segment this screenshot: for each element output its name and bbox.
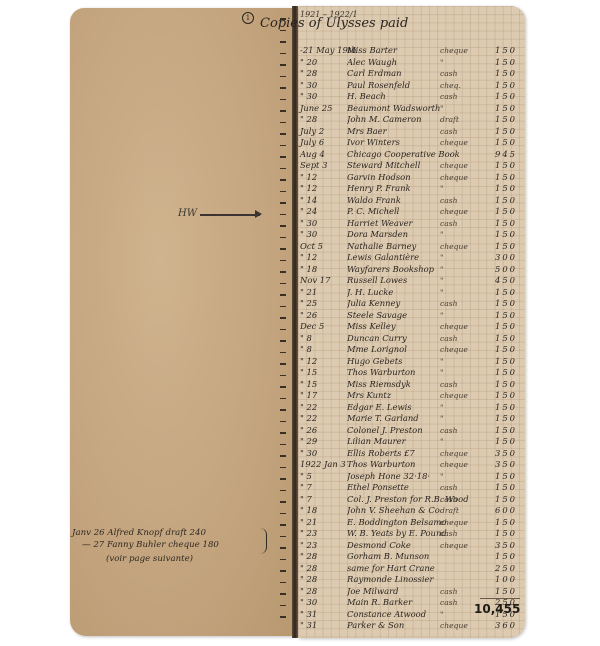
ledger-row: " 28John M. Camerondraft150 <box>300 114 520 126</box>
ledger-row: 1922 Jan 3Thos Warburtoncheque350 <box>300 459 520 471</box>
ledger-row: Dec 5Miss Kelleycheque150 <box>300 321 520 333</box>
total-rule <box>480 598 520 599</box>
left-note: — 27 Fanny Buhler cheque 180 <box>82 540 219 550</box>
entry-amount: 150 <box>485 321 517 333</box>
entry-method: " <box>440 252 480 264</box>
ledger-row: " 30Ellis Roberts £7cheque350 <box>300 448 520 460</box>
tick-mark <box>280 225 286 227</box>
hw-marker: HW <box>178 208 197 219</box>
entry-amount: 150 <box>485 287 517 299</box>
ledger-row: -21 May 19thMiss Bartercheque150 <box>300 45 520 57</box>
entry-amount: 350 <box>485 448 517 460</box>
entry-amount: 150 <box>485 160 517 172</box>
tick-mark <box>280 478 286 480</box>
ledger-row: " 22Edgar E. Lewis"150 <box>300 402 520 414</box>
entry-amount: 360 <box>485 620 517 632</box>
entry-date: " 7 <box>300 482 344 494</box>
entry-method: " <box>440 103 480 115</box>
entry-date: " 28 <box>300 551 344 563</box>
entry-date: " 23 <box>300 540 344 552</box>
entry-method: " <box>440 287 480 299</box>
entry-date: 1922 Jan 3 <box>300 459 344 471</box>
entry-method: cheque <box>440 620 480 632</box>
tick-mark <box>280 409 286 411</box>
tick-mark <box>280 87 286 89</box>
tick-mark <box>280 156 286 158</box>
ledger-row: " 21E. Boddington Belsamocheque150 <box>300 517 520 529</box>
entry-method: draft <box>440 505 480 517</box>
entry-amount: 150 <box>485 310 517 322</box>
ledger-row: " 28Gorham B. Munson150 <box>300 551 520 563</box>
ledger-total: 10,455 <box>474 602 520 616</box>
entry-amount: 150 <box>485 344 517 356</box>
ledger-row: " 26Colonel J. Prestoncash150 <box>300 425 520 437</box>
entry-date: " 12 <box>300 252 344 264</box>
entry-date: Nov 17 <box>300 275 344 287</box>
entry-date: " 28 <box>300 68 344 80</box>
ledger-row: " 30H. Beachcash150 <box>300 91 520 103</box>
entry-amount: 150 <box>485 551 517 563</box>
tick-mark <box>280 214 286 216</box>
entry-date: " 29 <box>300 436 344 448</box>
entry-method: cash <box>440 91 480 103</box>
entry-date: " 21 <box>300 287 344 299</box>
ledger-row: " 23W. B. Yeats by E. Poundcash150 <box>300 528 520 540</box>
tick-mark <box>280 110 286 112</box>
entry-method: cheque <box>440 459 480 471</box>
entry-amount: 150 <box>485 425 517 437</box>
entry-date: " 30 <box>300 80 344 92</box>
tick-mark <box>280 64 286 66</box>
tick-mark <box>280 570 286 572</box>
entry-method: cash <box>440 586 480 598</box>
entry-amount: 150 <box>485 183 517 195</box>
margin-ticks <box>280 18 290 618</box>
tick-mark <box>280 363 286 365</box>
entry-amount: 150 <box>485 379 517 391</box>
tick-mark <box>280 191 286 193</box>
entry-amount: 150 <box>485 356 517 368</box>
tick-mark <box>280 582 286 584</box>
entry-method: cash <box>440 528 480 540</box>
tick-mark <box>280 317 286 319</box>
ledger-row: " 7Ethel Ponsettecash150 <box>300 482 520 494</box>
entry-amount: 150 <box>485 390 517 402</box>
ledger-entries: -21 May 19thMiss Bartercheque150" 20Alec… <box>300 45 520 632</box>
entry-date: " 28 <box>300 586 344 598</box>
tick-mark <box>280 41 286 43</box>
entry-amount: 600 <box>485 505 517 517</box>
entry-method: " <box>440 356 480 368</box>
entry-date: " 17 <box>300 390 344 402</box>
tick-mark <box>280 340 286 342</box>
tick-mark <box>280 605 286 607</box>
tick-mark <box>280 179 286 181</box>
ledger-title: Copies of Ulysses paid <box>260 16 408 31</box>
ledger-row: Sept 3Steward Mitchellcheque150 <box>300 160 520 172</box>
entry-method: " <box>440 402 480 414</box>
ledger-row: " 22Marie T. Garland"150 <box>300 413 520 425</box>
ledger-row: " 28Joe Milwardcash150 <box>300 586 520 598</box>
entry-method: cash <box>440 68 480 80</box>
entry-method: cheque <box>440 160 480 172</box>
entry-method: " <box>440 436 480 448</box>
entry-amount: 150 <box>485 517 517 529</box>
entry-date: " 14 <box>300 195 344 207</box>
entry-date: Sept 3 <box>300 160 344 172</box>
entry-method: cash <box>440 333 480 345</box>
entry-method: cheque <box>440 172 480 184</box>
tick-mark <box>280 455 286 457</box>
ledger-row: " 30Harriet Weavercash150 <box>300 218 520 230</box>
ledger-row: " 30Dora Marsden"150 <box>300 229 520 241</box>
entry-amount: 150 <box>485 586 517 598</box>
tick-mark <box>280 593 286 595</box>
entry-method: cash <box>440 218 480 230</box>
entry-date: Oct 5 <box>300 241 344 253</box>
entry-method: " <box>440 471 480 483</box>
entry-method: cash <box>440 126 480 138</box>
entry-name: same for Hart Crane <box>347 563 487 575</box>
entry-method: draft <box>440 114 480 126</box>
brace-mark <box>260 528 267 554</box>
ledger-row: " 12Henry P. Frank"150 <box>300 183 520 195</box>
entry-method: cash <box>440 298 480 310</box>
tick-mark <box>280 398 286 400</box>
entry-amount: 150 <box>485 137 517 149</box>
ledger-row: " 23Desmond Cokecheque350 <box>300 540 520 552</box>
ledger-row: " 20Alec Waugh"150 <box>300 57 520 69</box>
entry-method: " <box>440 367 480 379</box>
entry-amount: 450 <box>485 275 517 287</box>
ledger-row: " 24P. C. Michellcheque150 <box>300 206 520 218</box>
entry-date: " 26 <box>300 310 344 322</box>
tick-mark <box>280 490 286 492</box>
entry-date: " 30 <box>300 218 344 230</box>
entry-method: " <box>440 413 480 425</box>
entry-method: cheque <box>440 206 480 218</box>
entry-amount: 150 <box>485 471 517 483</box>
tick-mark <box>280 202 286 204</box>
entry-date: " 15 <box>300 367 344 379</box>
entry-date: " 12 <box>300 172 344 184</box>
entry-amount: 300 <box>485 252 517 264</box>
tick-mark <box>280 386 286 388</box>
entry-amount: 150 <box>485 436 517 448</box>
tick-mark <box>280 432 286 434</box>
entry-method: " <box>440 57 480 69</box>
entry-amount: 250 <box>485 563 517 575</box>
ledger-row: " 31Parker & Soncheque360 <box>300 620 520 632</box>
tick-mark <box>280 329 286 331</box>
ledger-row: June 25Beaumont Wadsworth"150 <box>300 103 520 115</box>
entry-amount: 150 <box>485 241 517 253</box>
entry-date: " 21 <box>300 517 344 529</box>
entry-method: " <box>440 183 480 195</box>
entry-amount: 150 <box>485 333 517 345</box>
ledger-row: " 30Paul Rosenfeldcheq.150 <box>300 80 520 92</box>
entry-date: " 28 <box>300 563 344 575</box>
entry-method: " <box>440 310 480 322</box>
tick-mark <box>280 352 286 354</box>
entry-date: " 22 <box>300 402 344 414</box>
tick-mark <box>280 294 286 296</box>
entry-method: " <box>440 264 480 276</box>
entry-method: cheque <box>440 241 480 253</box>
ledger-row: Aug 4Chicago Cooperative Book945 <box>300 149 520 161</box>
tick-mark <box>280 375 286 377</box>
entry-date: " 30 <box>300 229 344 241</box>
entry-method: cheque <box>440 540 480 552</box>
entry-name: Raymonde Linossier <box>347 574 487 586</box>
ledger-row: " 15Miss Riemsdykcash150 <box>300 379 520 391</box>
tick-mark <box>280 467 286 469</box>
arrow-icon <box>200 214 260 216</box>
entry-date: " 5 <box>300 471 344 483</box>
entry-date: " 30 <box>300 91 344 103</box>
left-page: HW Janv 26 Alfred Knopf draft 240 — 27 F… <box>70 8 295 636</box>
tick-mark <box>280 76 286 78</box>
entry-date: July 2 <box>300 126 344 138</box>
entry-method: " <box>440 275 480 287</box>
entry-date: June 25 <box>300 103 344 115</box>
entry-date: " 28 <box>300 574 344 586</box>
tick-mark <box>280 283 286 285</box>
ledger-row: " 29Lilian Maurer"150 <box>300 436 520 448</box>
entry-date: -21 May 19th <box>300 45 344 57</box>
ledger-row: " 14Waldo Frankcash150 <box>300 195 520 207</box>
tick-mark <box>280 306 286 308</box>
entry-amount: 150 <box>485 172 517 184</box>
entry-method: cheque <box>440 448 480 460</box>
entry-method: cheque <box>440 517 480 529</box>
entry-date: " 7 <box>300 494 344 506</box>
tick-mark <box>280 271 286 273</box>
entry-amount: 150 <box>485 298 517 310</box>
entry-date: " 26 <box>300 425 344 437</box>
entry-date: " 18 <box>300 505 344 517</box>
tick-mark <box>280 133 286 135</box>
entry-amount: 945 <box>485 149 517 161</box>
entry-amount: 150 <box>485 218 517 230</box>
tick-mark <box>280 536 286 538</box>
entry-method: cheque <box>440 321 480 333</box>
entry-date: " 31 <box>300 620 344 632</box>
entry-method: cheque <box>440 344 480 356</box>
entry-method: cash <box>440 482 480 494</box>
entry-date: July 6 <box>300 137 344 149</box>
entry-amount: 150 <box>485 91 517 103</box>
tick-mark <box>280 559 286 561</box>
entry-amount: 150 <box>485 482 517 494</box>
ledger-row: " 18John V. Sheehan & Codraft600 <box>300 505 520 517</box>
entry-method: cash <box>440 425 480 437</box>
tick-mark <box>280 260 286 262</box>
entry-amount: 150 <box>485 126 517 138</box>
entry-method: cash <box>440 494 480 506</box>
ledger-row: " 17Mrs Kuntzcheque150 <box>300 390 520 402</box>
tick-mark <box>280 444 286 446</box>
entry-amount: 150 <box>485 528 517 540</box>
tick-mark <box>280 547 286 549</box>
entry-amount: 500 <box>485 264 517 276</box>
entry-date: " 25 <box>300 298 344 310</box>
entry-amount: 100 <box>485 574 517 586</box>
entry-amount: 350 <box>485 459 517 471</box>
entry-amount: 350 <box>485 540 517 552</box>
entry-amount: 150 <box>485 367 517 379</box>
entry-date: " 18 <box>300 264 344 276</box>
entry-name: Gorham B. Munson <box>347 551 487 563</box>
entry-amount: 150 <box>485 413 517 425</box>
tick-mark <box>280 99 286 101</box>
entry-date: " 8 <box>300 333 344 345</box>
ledger-row: " 26Steele Savage"150 <box>300 310 520 322</box>
entry-date: " 20 <box>300 57 344 69</box>
left-note: Janv 26 Alfred Knopf draft 240 <box>72 528 206 538</box>
entry-method: cash <box>440 379 480 391</box>
ledger-row: " 12Hugo Gebets"150 <box>300 356 520 368</box>
entry-date: " 23 <box>300 528 344 540</box>
entry-date: " 12 <box>300 183 344 195</box>
tick-mark <box>280 122 286 124</box>
entry-amount: 150 <box>485 57 517 69</box>
tick-mark <box>280 524 286 526</box>
entry-amount: 150 <box>485 195 517 207</box>
tick-mark <box>280 168 286 170</box>
ledger-row: " 12Lewis Galantière"300 <box>300 252 520 264</box>
entry-amount: 150 <box>485 402 517 414</box>
entry-method: cheq. <box>440 80 480 92</box>
entry-amount: 150 <box>485 80 517 92</box>
entry-method: " <box>440 229 480 241</box>
entry-amount: 150 <box>485 229 517 241</box>
entry-date: " 22 <box>300 413 344 425</box>
ledger-row: " 8Duncan Currycash150 <box>300 333 520 345</box>
entry-method: cash <box>440 195 480 207</box>
entry-method: cheque <box>440 390 480 402</box>
page-number: 1 <box>242 12 254 24</box>
entry-date: " 12 <box>300 356 344 368</box>
entry-amount: 150 <box>485 68 517 80</box>
ledger-row: " 15Thos Warburton"150 <box>300 367 520 379</box>
entry-date: " 28 <box>300 114 344 126</box>
entry-date: " 8 <box>300 344 344 356</box>
entry-date: " 24 <box>300 206 344 218</box>
ledger-row: Nov 17Russell Lowes"450 <box>300 275 520 287</box>
ledger-row: " 28Carl Erdmancash150 <box>300 68 520 80</box>
tick-mark <box>280 501 286 503</box>
ledger-row: " 28Raymonde Linossier100 <box>300 574 520 586</box>
ledger-row: " 12Garvin Hodsoncheque150 <box>300 172 520 184</box>
ledger-row: " 7Col. J. Preston for R.B. Woodcash150 <box>300 494 520 506</box>
entry-amount: 150 <box>485 114 517 126</box>
entry-date: " 30 <box>300 448 344 460</box>
ledger-row: " 5Joseph Hone 32·18·"150 <box>300 471 520 483</box>
ledger-row: " 28same for Hart Crane250 <box>300 563 520 575</box>
tick-mark <box>280 145 286 147</box>
tick-mark <box>280 513 286 515</box>
entry-amount: 150 <box>485 494 517 506</box>
entry-amount: 150 <box>485 45 517 57</box>
entry-amount: 150 <box>485 103 517 115</box>
entry-date: " 30 <box>300 597 344 609</box>
ledger-row: " 18Wayfarers Bookshop"500 <box>300 264 520 276</box>
ledger-row: Oct 5Nathalie Barneycheque150 <box>300 241 520 253</box>
entry-name: Chicago Cooperative Book <box>347 149 487 161</box>
entry-date: " 31 <box>300 609 344 621</box>
tick-mark <box>280 616 286 618</box>
ledger-row: July 2Mrs Baercash150 <box>300 126 520 138</box>
entry-method: cheque <box>440 45 480 57</box>
entry-date: Dec 5 <box>300 321 344 333</box>
tick-mark <box>280 237 286 239</box>
entry-method: cheque <box>440 137 480 149</box>
tick-mark <box>280 248 286 250</box>
entry-date: Aug 4 <box>300 149 344 161</box>
tick-mark <box>280 53 286 55</box>
entry-amount: 150 <box>485 206 517 218</box>
ledger-row: July 6Ivor Winterscheque150 <box>300 137 520 149</box>
ledger-row: " 8Mme Lorignolcheque150 <box>300 344 520 356</box>
ledger-row: " 21J. H. Lucke"150 <box>300 287 520 299</box>
left-note: (voir page suivante) <box>106 554 193 564</box>
ledger-row: " 25Julia Kenneycash150 <box>300 298 520 310</box>
entry-date: " 15 <box>300 379 344 391</box>
tick-mark <box>280 421 286 423</box>
